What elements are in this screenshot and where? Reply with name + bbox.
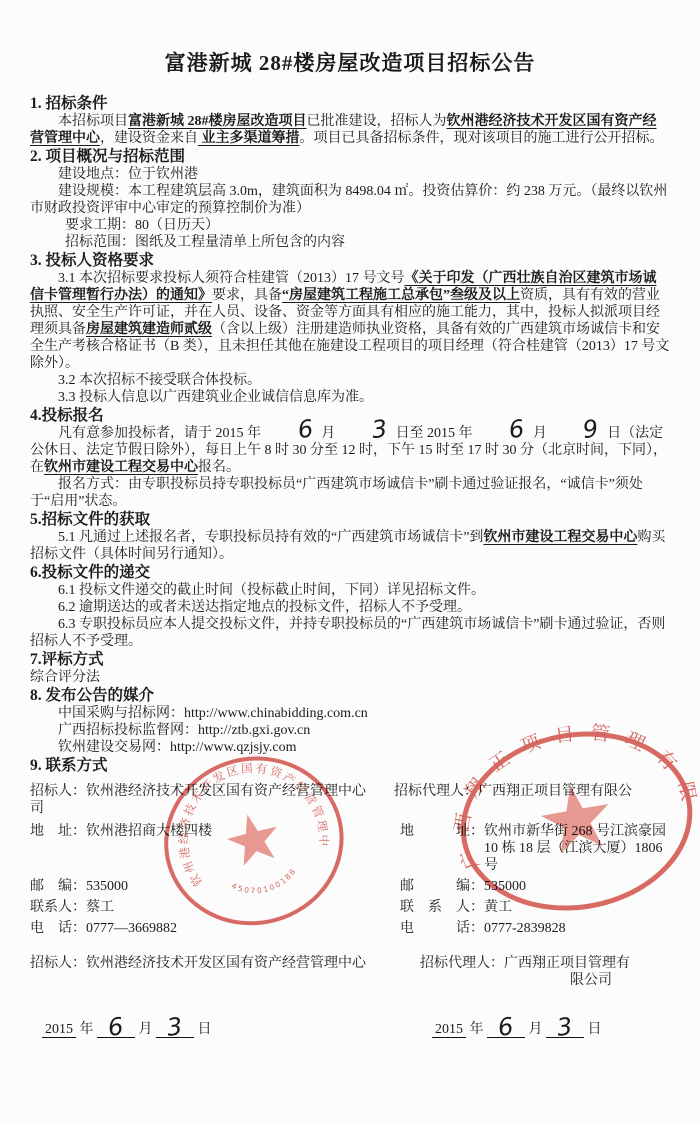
section-heading: 8. 发布公告的媒介 [30,686,670,705]
parties-line-1: 招标人：钦州港经济技术开发区国有资产经营管理中心 招标代理人：广西翔正项目管理有… [30,784,632,799]
document-page: 富港新城 28#楼房屋改造项目招标公告 1. 招标条件本招标项目富港新城 28#… [0,0,700,1123]
contact-grid: 地 址：钦州港招商大楼四楼 地 址：钦州市新华街 268 号江滨豪园 10 栋 … [30,821,670,939]
agent-phone-label: 电 话： [400,920,484,937]
text-segment: 广西招标投标监督网：http://ztb.gxi.gov.cn [58,723,310,738]
date-right-year: 2015 [432,1022,466,1038]
handwritten-month: 6 [103,1020,130,1035]
paragraph: 中国采购与招标网：http://www.chinabidding.com.cn [30,705,670,722]
handwritten-month: 6 [493,1020,520,1035]
text-segment: 要求，具备 [212,288,282,303]
bidder-zip-row: 邮 编：535000 [30,878,398,895]
date-right-year-unit: 年 [470,1022,484,1037]
contact-section: 招标人：钦州港经济技术开发区国有资产经营管理中心 招标代理人：广西翔正项目管理有… [30,783,670,939]
bidder-address-row: 地 址：钦州港招商大楼四楼 [30,823,398,840]
text-segment: 综合评分法 [30,670,100,685]
text-segment: 6.2 逾期送达的或者未送达指定地点的投标文件，招标人不予受理。 [58,600,471,615]
signature-date-right: 2015 年 6 月 3 日 [432,1021,670,1038]
paragraph: 要求工期：80（日历天） [30,217,670,234]
paragraph: 3.2 本次招标不接受联合体投标。 [30,372,670,389]
signature-bidder-name: 招标人：钦州港经济技术开发区国有资产经营管理中心 [30,955,420,972]
date-left-day-unit: 日 [198,1022,212,1037]
bidder-contact-value: 蔡工 [86,899,398,916]
text-segment: 建设规模：本工程建筑层高 3.0m，建筑面积为 8498.04 ㎡。投资估算价：… [30,184,667,216]
date-right-month-slot: 6 [487,1021,525,1038]
bidder-zip-label: 邮 编： [30,878,86,895]
parties-line-2: 司 [30,801,44,816]
agent-address-value: 钦州市新华街 268 号江滨豪园 10 栋 18 层（江滨大厦）1806 号 [484,823,670,874]
agent-address-row: 地 址：钦州市新华街 268 号江滨豪园 10 栋 18 层（江滨大厦）1806… [400,823,670,874]
handwritten-digit: 3 [338,422,392,440]
bidder-phone-value: 0777—3669882 [86,920,398,937]
agent-contact-value: 黄工 [484,899,670,916]
paragraph: 3.3 投标人信息以广西建筑业企业诚信信息库为准。 [30,389,670,406]
handwritten-day: 3 [552,1020,579,1035]
agent-phone-row: 电 话：0777-2839828 [400,920,670,937]
date-left-year: 2015 [42,1022,76,1038]
text-segment: 6.3 专职投标员应本人提交投标文件，并持专职投标员的“广西建筑市场诚信卡”刷卡… [30,617,665,649]
section-heading: 3. 投标人资格要求 [30,251,670,270]
paragraph: 建设规模：本工程建筑层高 3.0m，建筑面积为 8498.04 ㎡。投资估算价：… [30,183,670,217]
bidder-address-value: 钦州港招商大楼四楼 [86,823,398,840]
text-segment: 钦州市建设工程交易中心 [483,530,637,545]
agent-contact-row: 联 系 人：黄工 [400,899,670,916]
text-segment: 招标范围：图纸及工程量清单上所包含的内容 [65,235,345,250]
bidder-phone-label: 电 话： [30,920,86,937]
text-segment: 3.2 本次招标不接受联合体投标。 [58,373,261,388]
date-right-day-slot: 3 [546,1021,584,1038]
text-segment: 已批准建设，招标人为 [307,114,447,129]
paragraph: 报名方式：由专职投标员持专职投标员“广西建筑市场诚信卡”刷卡通过验证报名，“诚信… [30,476,670,510]
section-heading: 5.招标文件的获取 [30,510,670,529]
section-heading: 9. 联系方式 [30,756,670,775]
text-segment: 业主多渠道筹措 [198,131,300,146]
text-segment: 凡有意参加投标者，请于 2015 年 [58,426,265,441]
text-segment: “房屋建筑工程施工总承包”叁级及以上 [282,288,520,303]
paragraph: 招标范围：图纸及工程量清单上所包含的内容 [30,234,670,251]
paragraph: 6.2 逾期送达的或者未送达指定地点的投标文件，招标人不予受理。 [30,599,670,616]
section-heading: 7.评标方式 [30,650,670,669]
signature-agent-name: 招标代理人：广西翔正项目管理有限公司 [420,955,670,989]
bidder-zip-value: 535000 [86,878,398,895]
section-heading: 6.投标文件的递交 [30,563,670,582]
text-segment: 3.3 投标人信息以广西建筑业企业诚信信息库为准。 [58,390,373,405]
paragraph: 建设地点：位于钦州港 [30,166,670,183]
bidder-phone-row: 电 话：0777—3669882 [30,920,398,937]
text-segment: 房屋建筑建造师贰级 [86,322,212,337]
text-segment: 中国采购与招标网：http://www.chinabidding.com.cn [58,706,368,721]
paragraph: 6.1 投标文件递交的截止时间（投标截止时间，下同）详见招标文件。 [30,582,670,599]
agent-zip-value: 535000 [484,878,670,895]
agent-zip-row: 邮 编：535000 [400,878,670,895]
date-left-year-unit: 年 [80,1022,94,1037]
text-segment: 建设地点：位于钦州港 [58,167,198,182]
paragraph: 5.1 凡通过上述报名者，专职投标员持有效的“广西建筑市场诚信卡”到钦州市建设工… [30,529,670,563]
text-segment: 。项目已具备招标条件，现对该项目的施工进行公开招标。 [300,131,664,146]
handwritten-digit: 9 [550,422,604,440]
contact-parties-line: 招标人：钦州港经济技术开发区国有资产经营管理中心 招标代理人：广西翔正项目管理有… [30,783,670,817]
section-heading: 2. 项目概况与招标范围 [30,147,670,166]
agent-name-line1: 招标代理人：广西翔正项目管理有 [420,956,630,971]
agent-name-line2: 限公司 [570,973,612,988]
text-segment: 月 [529,426,550,441]
date-left-month-slot: 6 [97,1021,135,1038]
text-segment: 月 [318,426,339,441]
text-segment: 日至 2015 年 [392,426,476,441]
date-right-month-unit: 月 [529,1022,543,1037]
handwritten-digit: 6 [476,422,530,440]
text-segment: ，建设资金来自 [100,131,198,146]
text-segment: 本招标项目 [58,114,128,129]
bidder-contact-row: 联系人：蔡工 [30,899,398,916]
section-heading: 1. 招标条件 [30,94,670,113]
date-left-month-unit: 月 [139,1022,153,1037]
document-body: 1. 招标条件本招标项目富港新城 28#楼房屋改造项目已批准建设，招标人为钦州港… [30,94,670,775]
paragraph: 3.1 本次招标要求投标人须符合桂建管（2013）17 号文号《关于印发（广西壮… [30,270,670,372]
text-segment: 富港新城 28#楼房屋改造项目 [128,114,307,129]
text-segment: 钦州建设交易网：http://www.qzjsjy.com [58,740,297,755]
paragraph: 6.3 专职投标员应本人提交投标文件，并持专职投标员的“广西建筑市场诚信卡”刷卡… [30,616,670,650]
agent-zip-label: 邮 编： [400,878,484,895]
page-title: 富港新城 28#楼房屋改造项目招标公告 [30,50,670,76]
text-segment: 要求工期：80（日历天） [65,218,219,233]
text-segment: 3.1 本次招标要求投标人须符合桂建管（2013）17 号文号 [58,271,405,286]
paragraph: 钦州建设交易网：http://www.qzjsjy.com [30,739,670,756]
signature-section: 招标人：钦州港经济技术开发区国有资产经营管理中心 招标代理人：广西翔正项目管理有… [30,955,670,1038]
paragraph: 广西招标投标监督网：http://ztb.gxi.gov.cn [30,722,670,739]
text-segment: 6.1 投标文件递交的截止时间（投标截止时间，下同）详见招标文件。 [58,583,485,598]
handwritten-digit: 6 [264,422,318,440]
text-segment: 钦州市建设工程交易中心 [44,460,198,475]
paragraph: 本招标项目富港新城 28#楼房屋改造项目已批准建设，招标人为钦州港经济技术开发区… [30,113,670,147]
section-heading: 4.投标报名 [30,406,670,425]
agent-phone-value: 0777-2839828 [484,920,670,937]
paragraph: 凡有意参加投标者，请于 2015 年 6 月 3 日至 2015 年 6 月 9… [30,425,670,476]
agent-address-label: 地 址： [400,823,484,874]
text-segment: 报名方式：由专职投标员持专职投标员“广西建筑市场诚信卡”刷卡通过验证报名，“诚信… [30,477,643,509]
paragraph: 综合评分法 [30,669,670,686]
signature-date-left: 2015 年 6 月 3 日 [42,1021,420,1038]
handwritten-day: 3 [162,1020,189,1035]
text-segment: 报名。 [198,460,240,475]
date-right-day-unit: 日 [588,1022,602,1037]
bidder-contact-label: 联系人： [30,899,86,916]
agent-contact-label: 联 系 人： [400,899,484,916]
text-segment: 5.1 凡通过上述报名者，专职投标员持有效的“广西建筑市场诚信卡”到 [58,530,483,545]
bidder-address-label: 地 址： [30,823,86,840]
date-left-day-slot: 3 [156,1021,194,1038]
